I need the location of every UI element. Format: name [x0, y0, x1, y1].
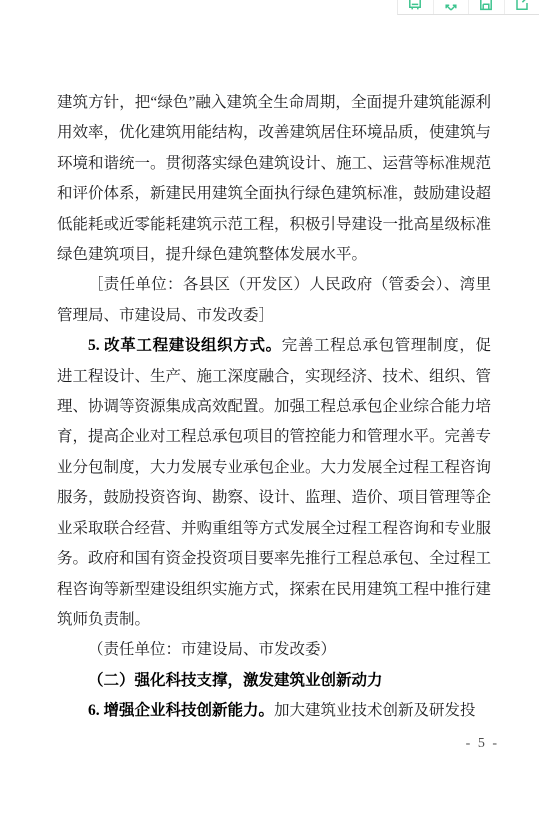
viewer-toolbar — [397, 0, 539, 15]
document-page: 建筑方针，把“绿色”融入建筑全生命周期，全面提升建筑能源利用效率，优化建筑用能结… — [0, 0, 539, 816]
text-segment: 加大建筑业技术创新及研发投 — [274, 702, 476, 719]
document-body: 建筑方针，把“绿色”融入建筑全生命周期，全面提升建筑能源利用效率，优化建筑用能结… — [57, 88, 491, 727]
paragraph: 建筑方针，把“绿色”融入建筑全生命周期，全面提升建筑能源利用效率，优化建筑用能结… — [57, 88, 491, 270]
paragraph: 5. 改革工程建设组织方式。完善工程总承包管理制度，促进工程设计、生产、施工深度… — [57, 331, 491, 635]
text-segment-bold: （二）强化科技支撑，激发建筑业创新动力 — [88, 672, 383, 689]
toolbar-button[interactable] — [504, 0, 539, 14]
text-segment: （责任单位：市建设局、市发改委） — [88, 641, 336, 658]
text-segment: 完善工程总承包管理制度，促进工程设计、生产、施工深度融合，实现经济、技术、组织、… — [57, 337, 491, 628]
paragraph: 6. 增强企业科技创新能力。加大建筑业技术创新及研发投 — [57, 696, 491, 726]
toolbar-button[interactable] — [468, 0, 504, 14]
share-icon — [514, 0, 530, 13]
save-icon — [478, 0, 494, 13]
text-segment-bold: 5. 改革工程建设组织方式。 — [88, 337, 282, 354]
print-icon — [407, 0, 423, 13]
paragraph: （责任单位：市建设局、市发改委） — [57, 635, 491, 665]
paragraph: ［责任单位：各县区（开发区）人民政府（管委会）、湾里管理局、市建设局、市发改委］ — [57, 270, 491, 331]
text-segment: ［责任单位：各县区（开发区）人民政府（管委会）、湾里管理局、市建设局、市发改委］ — [57, 276, 491, 323]
toolbar-button[interactable] — [433, 0, 469, 14]
expand-icon — [443, 0, 459, 13]
toolbar-button[interactable] — [398, 0, 433, 14]
text-segment-bold: 6. 增强企业科技创新能力。 — [88, 702, 274, 719]
paragraph: （二）强化科技支撑，激发建筑业创新动力 — [57, 666, 491, 696]
text-segment: 建筑方针，把“绿色”融入建筑全生命周期，全面提升建筑能源利用效率，优化建筑用能结… — [57, 94, 491, 263]
page-number: - 5 - — [466, 736, 499, 752]
